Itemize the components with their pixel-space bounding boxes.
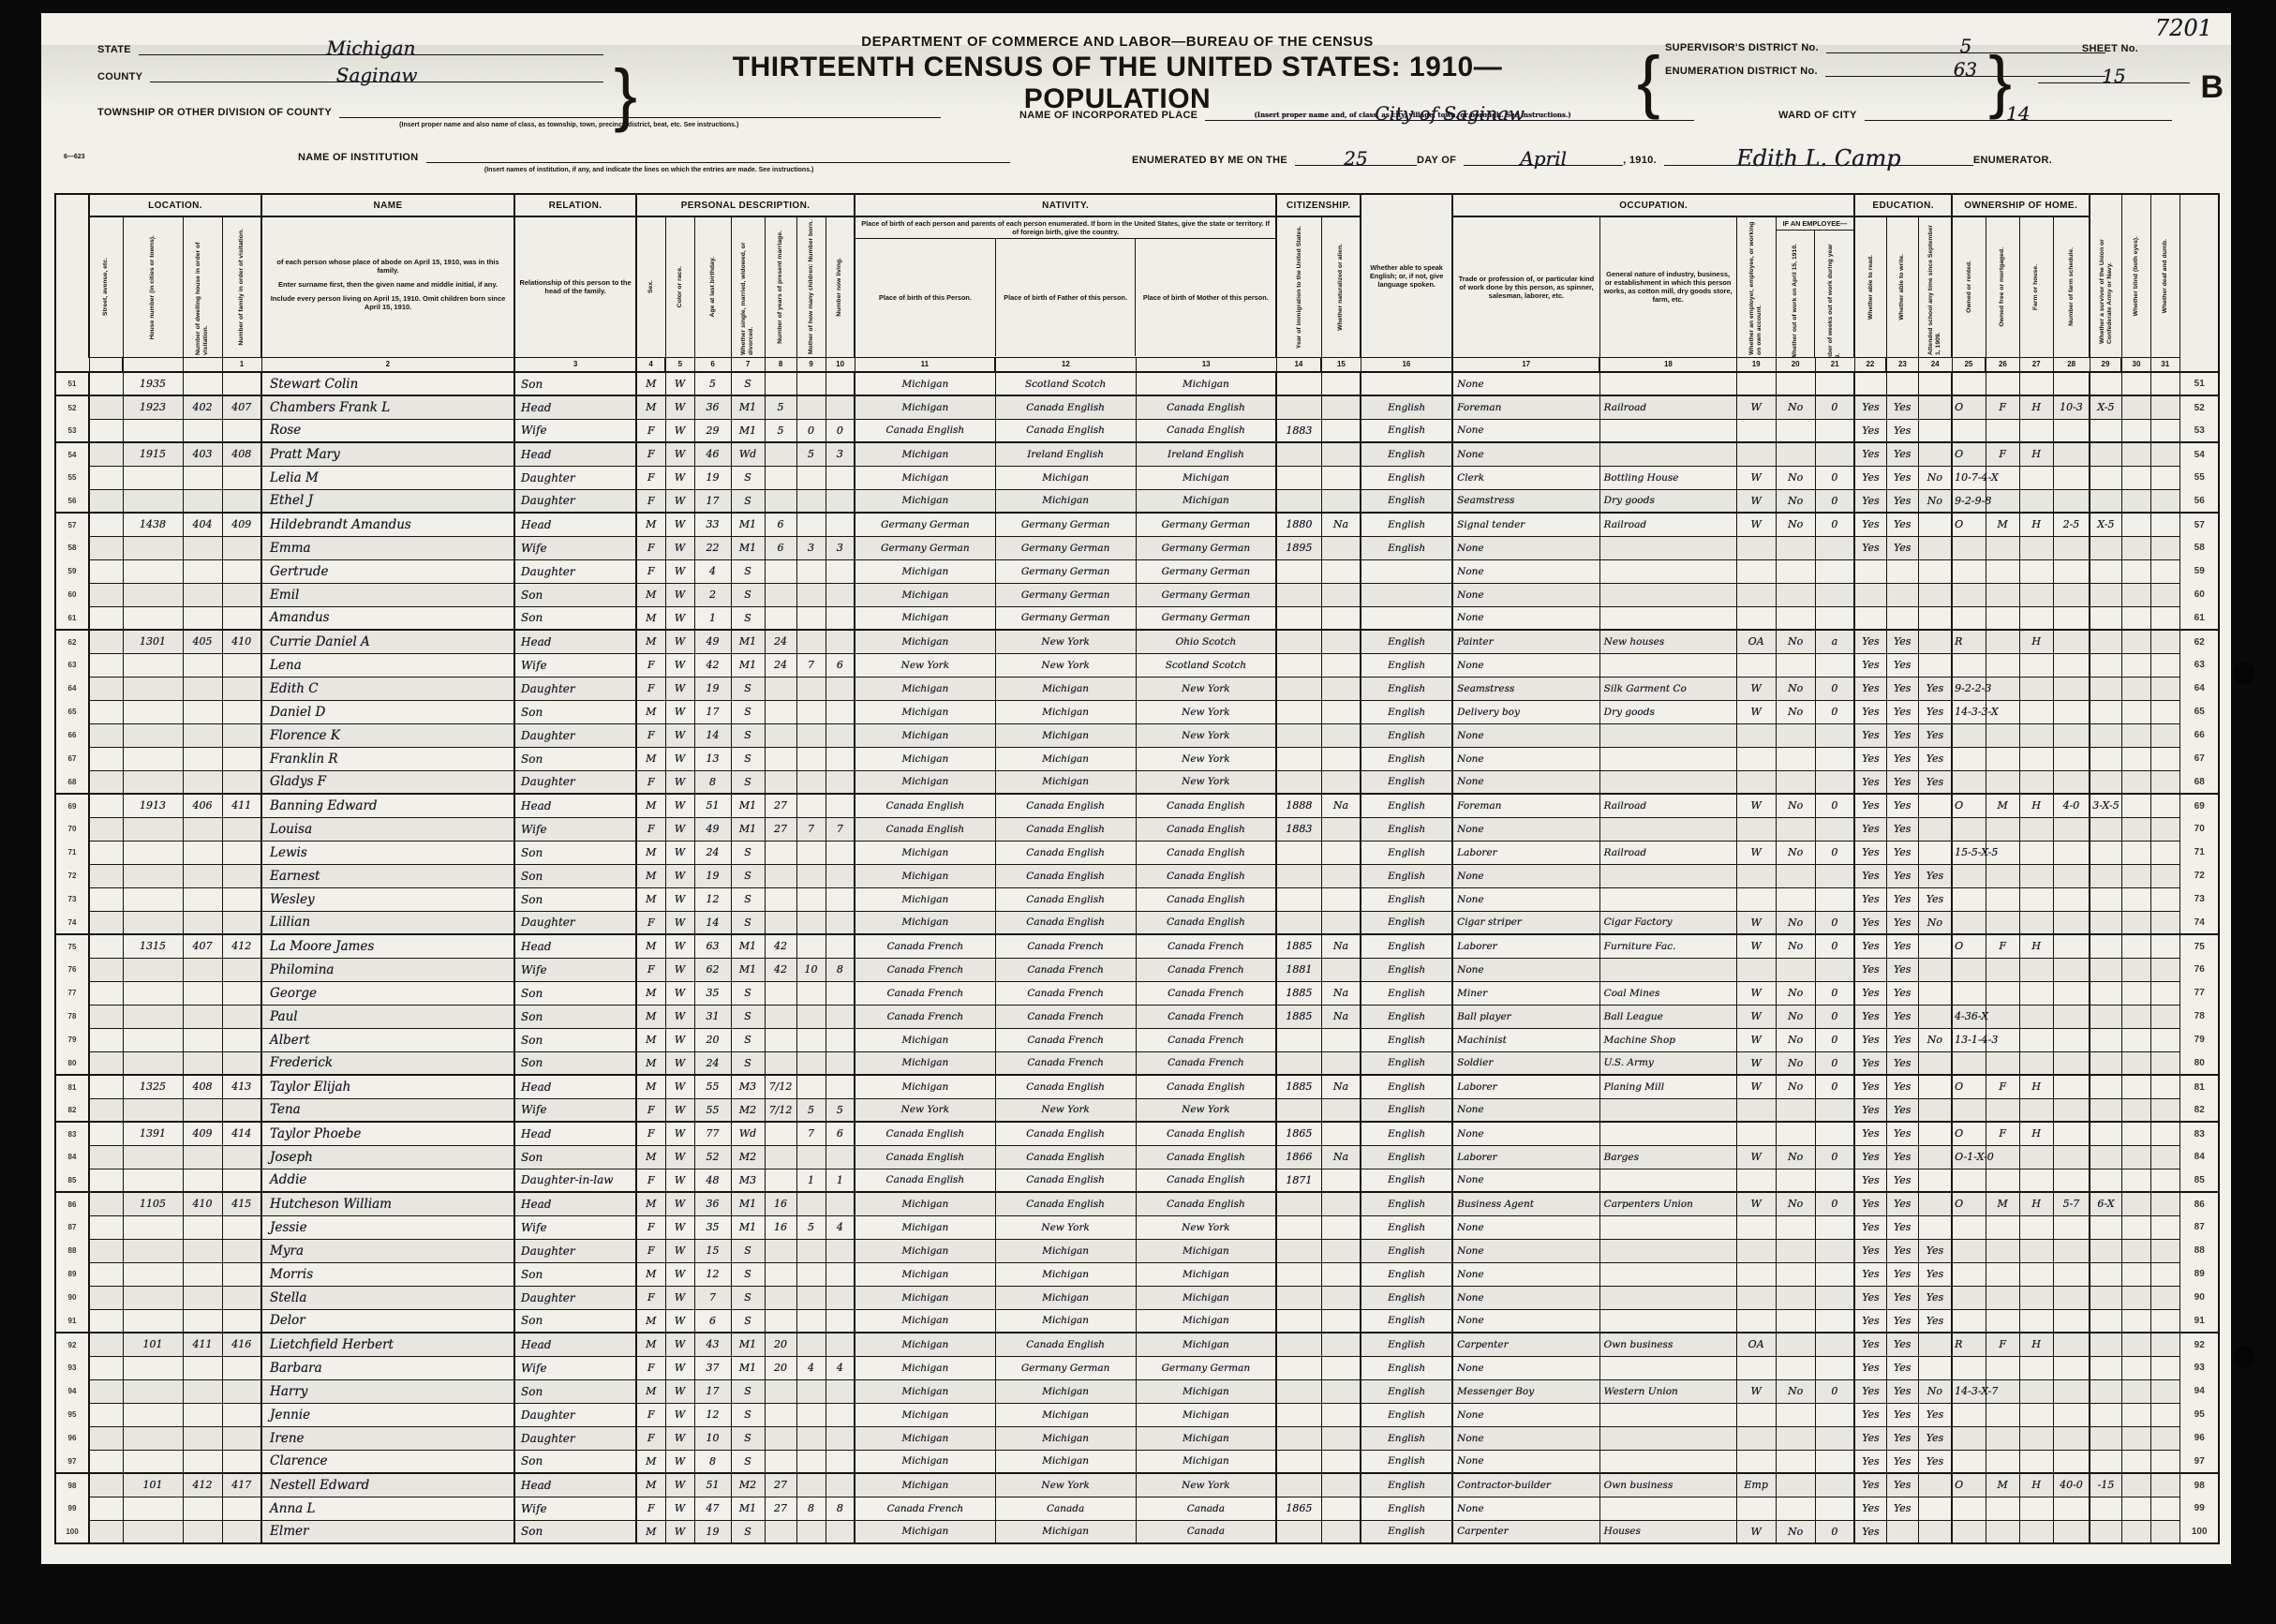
color: W — [665, 1028, 694, 1051]
color: W — [665, 1379, 694, 1403]
attended-school — [1918, 958, 1952, 981]
sex: M — [636, 1145, 665, 1169]
mother-birthplace: New York — [1136, 1215, 1276, 1239]
person-row: 60EmilSonMW2SMichiganGermany GermanGerma… — [55, 583, 2219, 606]
ward-value[interactable]: 14 — [1865, 107, 2172, 121]
dwelling-number — [183, 1520, 222, 1543]
street — [89, 536, 123, 559]
deaf-dumb — [2150, 419, 2179, 442]
can-write: Yes — [1886, 1356, 1918, 1379]
line-number: 52 — [2179, 395, 2219, 419]
line-number: 65 — [55, 700, 89, 723]
street — [89, 677, 123, 700]
person-name: Emma — [261, 536, 514, 559]
age: 35 — [694, 1215, 731, 1239]
naturalization — [1321, 1403, 1361, 1426]
color: W — [665, 559, 694, 583]
line-number: 82 — [55, 1098, 89, 1122]
person-row: 521923402407Chambers Frank LHeadMW36M15M… — [55, 395, 2219, 419]
home-free-mortgaged — [1986, 1005, 2019, 1028]
naturalization — [1321, 841, 1361, 864]
township-value[interactable]: (Insert proper name and also name of cla… — [339, 117, 941, 118]
language: English — [1361, 1005, 1452, 1028]
corner-note: 7201 — [2155, 15, 2212, 41]
naturalization: Na — [1321, 1145, 1361, 1169]
person-name: Clarence — [261, 1450, 514, 1473]
birthplace: Canada French — [855, 958, 995, 981]
color: W — [665, 653, 694, 677]
deaf-dumb — [2150, 513, 2179, 536]
weeks-out-of-work: 0 — [1815, 700, 1854, 723]
dwelling-number — [183, 1309, 222, 1333]
age: 17 — [694, 1379, 731, 1403]
family-number — [222, 747, 261, 770]
naturalization: Na — [1321, 513, 1361, 536]
line-number: 59 — [55, 559, 89, 583]
family-number — [222, 1262, 261, 1286]
children-living — [826, 1473, 855, 1497]
language: English — [1361, 723, 1452, 747]
farm-schedule — [2053, 1333, 2090, 1356]
language: English — [1361, 1333, 1452, 1356]
relation: Son — [514, 1262, 636, 1286]
deaf-dumb — [2150, 653, 2179, 677]
color: W — [665, 1075, 694, 1098]
years-married — [765, 723, 796, 747]
dwelling-number — [183, 1145, 222, 1169]
can-read: Yes — [1854, 489, 1886, 513]
day-value[interactable]: 25 — [1295, 152, 1417, 166]
house-number: 1105 — [123, 1192, 183, 1215]
age: 63 — [694, 934, 731, 958]
sheet-value[interactable]: 15 — [2038, 69, 2190, 83]
attended-school: Yes — [1918, 1239, 1952, 1262]
occupation: Business Agent — [1452, 1192, 1599, 1215]
occupation: None — [1452, 1403, 1599, 1426]
house-number — [123, 1028, 183, 1051]
street — [89, 934, 123, 958]
age: 8 — [694, 770, 731, 794]
can-read: Yes — [1854, 817, 1886, 841]
farm-schedule — [2053, 1286, 2090, 1309]
weeks-out-of-work: 0 — [1815, 1075, 1854, 1098]
mother-birthplace: Canada English — [1136, 911, 1276, 934]
street — [89, 1497, 123, 1520]
father-birthplace: Canada English — [995, 911, 1136, 934]
home-free-mortgaged: F — [1986, 1122, 2019, 1145]
marital-status: S — [731, 1379, 765, 1403]
out-of-work — [1776, 723, 1815, 747]
home-free-mortgaged — [1986, 653, 2019, 677]
group-citizenship: CITIZENSHIP. — [1276, 194, 1361, 216]
institution-value[interactable]: (Insert names of institution, if any, an… — [426, 162, 1010, 163]
mother-birthplace: Canada English — [1136, 1145, 1276, 1169]
language: English — [1361, 536, 1452, 559]
home-free-mortgaged — [1986, 1450, 2019, 1473]
form-number-row: 6—623 — [64, 154, 120, 160]
column-number — [89, 357, 123, 372]
color: W — [665, 630, 694, 653]
house-number — [123, 419, 183, 442]
children-born — [796, 1426, 826, 1450]
house-number — [123, 1169, 183, 1192]
language: English — [1361, 1098, 1452, 1122]
age: 29 — [694, 419, 731, 442]
dwelling-number — [183, 1356, 222, 1379]
language: English — [1361, 1473, 1452, 1497]
home-owned-rented — [1952, 1450, 1986, 1473]
attended-school: Yes — [1918, 700, 1952, 723]
industry — [1599, 1122, 1736, 1145]
enumerator-signature[interactable]: Edith L. Camp — [1664, 152, 1973, 166]
family-number — [222, 887, 261, 911]
line-number: 73 — [2179, 887, 2219, 911]
mother-birthplace: New York — [1136, 1098, 1276, 1122]
farm-schedule — [2053, 887, 2090, 911]
children-born — [796, 864, 826, 887]
children-born-column-header: Mother of how many children: Number born… — [796, 216, 826, 357]
family-number — [222, 864, 261, 887]
attended-school — [1918, 513, 1952, 536]
father-birthplace: New York — [995, 653, 1136, 677]
street — [89, 1473, 123, 1497]
occupation: None — [1452, 583, 1599, 606]
can-write: Yes — [1886, 1262, 1918, 1286]
home-owned-rented: O — [1952, 1473, 1986, 1497]
column-number — [123, 357, 183, 372]
farm-or-house: H — [2019, 1192, 2053, 1215]
line-number: 59 — [2179, 559, 2219, 583]
color: W — [665, 1426, 694, 1450]
employer-class: W — [1736, 1520, 1776, 1543]
mother-birthplace: Canada English — [1136, 1075, 1276, 1098]
relation: Son — [514, 864, 636, 887]
home-free-mortgaged — [1986, 536, 2019, 559]
civil-war-survivor — [2090, 1028, 2121, 1051]
children-born: 5 — [796, 442, 826, 466]
civil-war-survivor — [2090, 1286, 2121, 1309]
relation: Daughter — [514, 770, 636, 794]
dwelling-column-header: Number of dwelling house in order of vis… — [183, 216, 222, 357]
language: English — [1361, 1169, 1452, 1192]
marital-status: M1 — [731, 536, 765, 559]
color: W — [665, 1520, 694, 1543]
marital-status: M1 — [731, 1192, 765, 1215]
years-married — [765, 1005, 796, 1028]
home-free-mortgaged — [1986, 958, 2019, 981]
can-write: Yes — [1886, 770, 1918, 794]
marital-status: M1 — [731, 1215, 765, 1239]
sex: M — [636, 630, 665, 653]
house-number: 101 — [123, 1473, 183, 1497]
father-birthplace: Canada English — [995, 419, 1136, 442]
can-write: Yes — [1886, 700, 1918, 723]
blind — [2121, 1145, 2150, 1169]
marital-status: M1 — [731, 395, 765, 419]
children-living — [826, 1145, 855, 1169]
line-number: 56 — [55, 489, 89, 513]
line-number: 82 — [2179, 1098, 2219, 1122]
mother-birthplace: Canada English — [1136, 1122, 1276, 1145]
language: English — [1361, 700, 1452, 723]
naturalization — [1321, 1333, 1361, 1356]
farm-schedule — [2053, 466, 2090, 489]
dwelling-number: 407 — [183, 934, 222, 958]
home-owned-rented — [1952, 864, 1986, 887]
civil-war-survivor — [2090, 677, 2121, 700]
naturalization — [1321, 1192, 1361, 1215]
person-row: 98101412417Nestell EdwardHeadMW51M227Mic… — [55, 1473, 2219, 1497]
street — [89, 981, 123, 1005]
relation: Wife — [514, 419, 636, 442]
children-living: 8 — [826, 1497, 855, 1520]
column-number: 10 — [826, 357, 855, 372]
can-read — [1854, 606, 1886, 630]
house-number-column-header: House number (in cities or towns). — [123, 216, 183, 357]
out-of-work — [1776, 747, 1815, 770]
years-married — [765, 1051, 796, 1075]
blind — [2121, 747, 2150, 770]
house-number — [123, 1497, 183, 1520]
line-number: 89 — [2179, 1262, 2219, 1286]
naturalization — [1321, 1309, 1361, 1333]
marital-status: M1 — [731, 653, 765, 677]
family-number — [222, 723, 261, 747]
occupation: Seamstress — [1452, 489, 1599, 513]
marital-status: S — [731, 606, 765, 630]
home-owned-rented — [1952, 887, 1986, 911]
civil-war-survivor — [2090, 1215, 2121, 1239]
naturalization — [1321, 1169, 1361, 1192]
attended-school — [1918, 395, 1952, 419]
column-number: 24 — [1918, 357, 1952, 372]
out-of-work: No — [1776, 841, 1815, 864]
line-number: 80 — [2179, 1051, 2219, 1075]
industry — [1599, 723, 1736, 747]
children-living: 5 — [826, 1098, 855, 1122]
naturalization — [1321, 489, 1361, 513]
month-value[interactable]: April — [1464, 152, 1623, 166]
father-birthplace: Michigan — [995, 489, 1136, 513]
group-location: LOCATION. — [89, 194, 261, 216]
children-living — [826, 1075, 855, 1098]
relation: Son — [514, 1051, 636, 1075]
deaf-dumb — [2150, 1426, 2179, 1450]
relation: Wife — [514, 536, 636, 559]
years-married: 27 — [765, 817, 796, 841]
line-number: 92 — [2179, 1333, 2219, 1356]
farm-or-house: H — [2019, 513, 2053, 536]
supervisor-district-label: SUPERVISOR'S DISTRICT No. — [1665, 42, 1819, 53]
sex: F — [636, 1122, 665, 1145]
sex: F — [636, 442, 665, 466]
employer-class — [1736, 1309, 1776, 1333]
mother-birthplace: New York — [1136, 677, 1276, 700]
employer-class: W — [1736, 1192, 1776, 1215]
civil-war-survivor — [2090, 419, 2121, 442]
farm-or-house — [2019, 1426, 2053, 1450]
civil-war-survivor — [2090, 559, 2121, 583]
can-read: Yes — [1854, 1379, 1886, 1403]
age: 19 — [694, 466, 731, 489]
person-name: Frederick — [261, 1051, 514, 1075]
language: English — [1361, 864, 1452, 887]
farm-or-house — [2019, 559, 2053, 583]
farm-or-house — [2019, 1051, 2053, 1075]
farm-schedule — [2053, 1497, 2090, 1520]
family-number — [222, 1403, 261, 1426]
occupation: Ball player — [1452, 1005, 1599, 1028]
school-column-header: Attended school any time since September… — [1918, 216, 1952, 357]
home-free-mortgaged — [1986, 864, 2019, 887]
age: 7 — [694, 1286, 731, 1309]
farm-or-house: H — [2019, 794, 2053, 817]
attended-school — [1918, 794, 1952, 817]
dwelling-number — [183, 1426, 222, 1450]
attended-school — [1918, 1098, 1952, 1122]
employer-class: OA — [1736, 1333, 1776, 1356]
relation: Son — [514, 887, 636, 911]
blind — [2121, 536, 2150, 559]
street — [89, 1051, 123, 1075]
home-free-mortgaged — [1986, 981, 2019, 1005]
color: W — [665, 1497, 694, 1520]
dwelling-number — [183, 817, 222, 841]
person-row: 78PaulSonMW31SCanada FrenchCanada French… — [55, 1005, 2219, 1028]
birthplace: Michigan — [855, 372, 995, 395]
naturalization — [1321, 536, 1361, 559]
children-born — [796, 630, 826, 653]
weeks-out-of-work — [1815, 1497, 1854, 1520]
deaf-dumb — [2150, 934, 2179, 958]
civil-war-survivor — [2090, 653, 2121, 677]
line-number: 57 — [2179, 513, 2219, 536]
person-name: Amandus — [261, 606, 514, 630]
deaf-dumb — [2150, 536, 2179, 559]
attended-school — [1918, 934, 1952, 958]
civil-war-survivor — [2090, 817, 2121, 841]
sex: F — [636, 489, 665, 513]
column-number: 15 — [1321, 357, 1361, 372]
civil-war-survivor — [2090, 489, 2121, 513]
birthplace: Canada French — [855, 1005, 995, 1028]
children-living — [826, 583, 855, 606]
color: W — [665, 1450, 694, 1473]
relation: Head — [514, 794, 636, 817]
relation: Son — [514, 1520, 636, 1543]
mother-birthplace: Canada English — [1136, 864, 1276, 887]
blind — [2121, 1309, 2150, 1333]
can-write: Yes — [1886, 442, 1918, 466]
home-owned-rented — [1952, 981, 1986, 1005]
employer-class — [1736, 1215, 1776, 1239]
mother-birthplace: Canada French — [1136, 981, 1276, 1005]
father-birthplace: Michigan — [995, 677, 1136, 700]
township-label: TOWNSHIP OR OTHER DIVISION OF COUNTY — [97, 107, 332, 118]
weeks-out-of-work — [1815, 536, 1854, 559]
person-row: 89MorrisSonMW12SMichiganMichiganMichigan… — [55, 1262, 2219, 1286]
deaf-dumb — [2150, 958, 2179, 981]
mother-birthplace: Canada — [1136, 1520, 1276, 1543]
naturalization — [1321, 1520, 1361, 1543]
can-write — [1886, 1520, 1918, 1543]
street — [89, 559, 123, 583]
naturalization: Na — [1321, 1075, 1361, 1098]
age: 55 — [694, 1098, 731, 1122]
employer-class — [1736, 419, 1776, 442]
mother-birthplace: Canada French — [1136, 1028, 1276, 1051]
mother-birthplace: Michigan — [1136, 1403, 1276, 1426]
sex: F — [636, 653, 665, 677]
home-owned-rented: 15-5-X-5 — [1952, 841, 1986, 864]
weeks-out-of-work — [1815, 747, 1854, 770]
age: 14 — [694, 911, 731, 934]
weeks-out-of-work: a — [1815, 630, 1854, 653]
street — [89, 864, 123, 887]
weeks-out-of-work — [1815, 1426, 1854, 1450]
can-write: Yes — [1886, 1403, 1918, 1426]
industry: Silk Garment Co — [1599, 677, 1736, 700]
dwelling-number: 405 — [183, 630, 222, 653]
home-owned-rented — [1952, 606, 1986, 630]
deaf-dumb — [2150, 395, 2179, 419]
father-birthplace: Canada French — [995, 934, 1136, 958]
immigration-year — [1276, 606, 1321, 630]
nativity-columns-header: Place of birth of each person and parent… — [855, 216, 1276, 357]
deaf-dumb — [2150, 489, 2179, 513]
person-name: Stella — [261, 1286, 514, 1309]
birthplace: Germany German — [855, 513, 995, 536]
relation: Head — [514, 1192, 636, 1215]
industry: Machine Shop — [1599, 1028, 1736, 1051]
out-of-work — [1776, 1333, 1815, 1356]
home-owned-rented — [1952, 1051, 1986, 1075]
state-value[interactable]: Michigan — [139, 41, 603, 55]
children-born — [796, 559, 826, 583]
house-number — [123, 817, 183, 841]
farm-or-house — [2019, 1309, 2053, 1333]
sex: M — [636, 887, 665, 911]
line-number: 68 — [2179, 770, 2219, 794]
county-value[interactable]: Saginaw — [150, 68, 603, 82]
line-number: 75 — [55, 934, 89, 958]
place-value[interactable]: City of Saginaw(Insert proper name and, … — [1205, 107, 1694, 121]
immigration-year: 1865 — [1276, 1122, 1321, 1145]
person-row: 71LewisSonMW24SMichiganCanada EnglishCan… — [55, 841, 2219, 864]
if-employee-columns-header: IF AN EMPLOYEE— Whether out of work on A… — [1776, 216, 1854, 357]
color: W — [665, 1051, 694, 1075]
street — [89, 513, 123, 536]
can-write: Yes — [1886, 395, 1918, 419]
line-number: 64 — [55, 677, 89, 700]
family-number — [222, 981, 261, 1005]
occupation: None — [1452, 606, 1599, 630]
industry: Cigar Factory — [1599, 911, 1736, 934]
marital-status: M3 — [731, 1075, 765, 1098]
industry: Furniture Fac. — [1599, 934, 1736, 958]
home-owned-rented: O — [1952, 513, 1986, 536]
years-married — [765, 606, 796, 630]
person-name: Jessie — [261, 1215, 514, 1239]
person-name: Lewis — [261, 841, 514, 864]
deaf-dumb — [2150, 1098, 2179, 1122]
age: 5 — [694, 372, 731, 395]
occupation-column-header: Trade or profession of, or particular ki… — [1452, 216, 1599, 357]
can-read: Yes — [1854, 1426, 1886, 1450]
industry: U.S. Army — [1599, 1051, 1736, 1075]
day-of-label: DAY OF — [1417, 155, 1456, 166]
language: English — [1361, 395, 1452, 419]
